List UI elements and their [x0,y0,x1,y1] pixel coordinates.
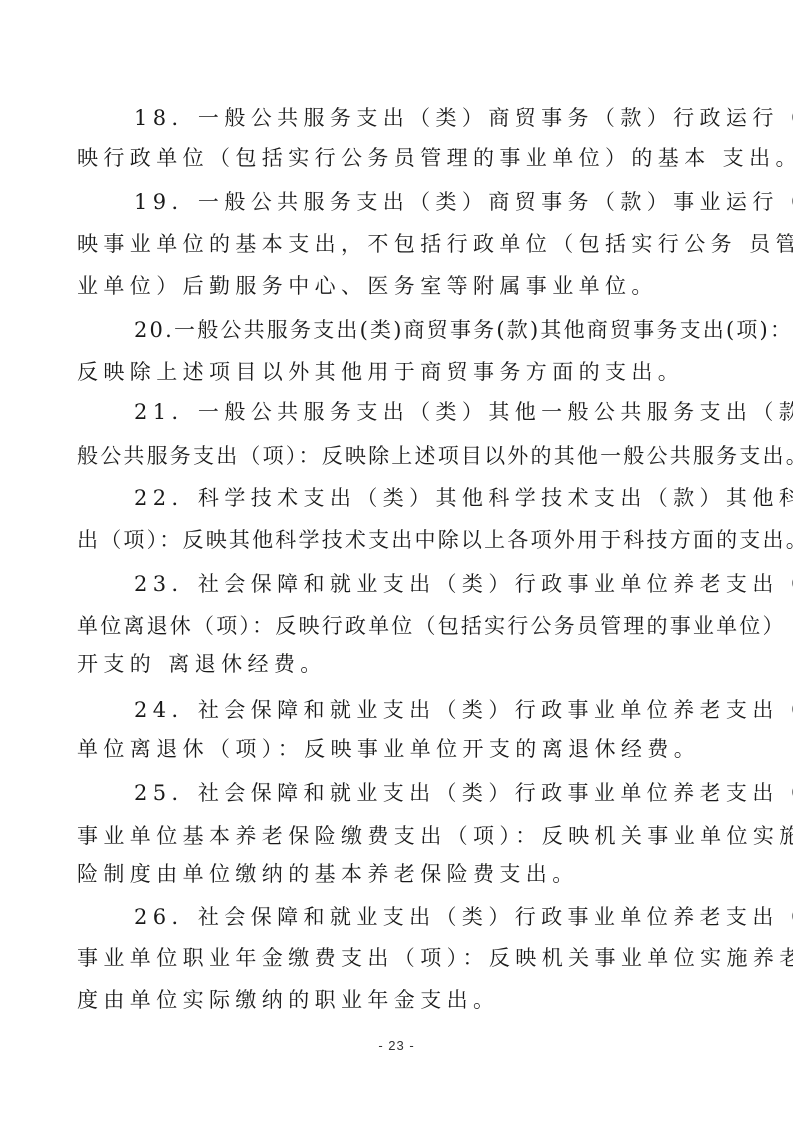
paragraph-line: 映事业单位的基本支出，不包括行政单位（包括实行公务 员管理的事 [77,230,745,258]
paragraph-line: 26．社会保障和就业支出（类）行政事业单位养老支出（款）机关 [134,903,745,931]
page-number: - 23 - [0,1038,793,1053]
paragraph-line: 20.一般公共服务支出(类)商贸事务(款)其他商贸事务支出(项)： [134,316,745,344]
paragraph-line: 事业单位职业年金缴费支出（项）：反映机关事业单位实施养老保险制 [77,944,745,972]
paragraph-line: 24．社会保障和就业支出（类）行政事业单位养老支出（款）事业 [134,696,745,724]
paragraph-line: 25．社会保障和就业支出（类）行政事业单位养老支出（款）机关 [134,779,745,807]
paragraph-line: 般公共服务支出（项）：反映除上述项目以外的其他一般公共服务支出。 [77,442,745,470]
paragraph-line: 反映除上述项目以外其他用于商贸事务方面的支出。 [77,358,745,386]
paragraph-line: 21．一般公共服务支出（类）其他一般公共服务支出（款）其他一 [134,398,745,426]
document-page: 18．一般公共服务支出（类）商贸事务（款）行政运行（项）：反 映行政单位（包括实… [0,0,793,1122]
paragraph-line: 23．社会保障和就业支出（类）行政事业单位养老支出（款）行政 [134,570,745,598]
paragraph-line: 19．一般公共服务支出（类）商贸事务（款）事业运行（项）：反 [134,188,745,216]
paragraph-line: 映行政单位（包括实行公务员管理的事业单位）的基本 支出。 [77,144,745,172]
paragraph-line: 单位离退休（项）：反映行政单位（包括实行公务员管理的事业单位） [77,612,745,640]
paragraph-line: 22．科学技术支出（类）其他科学技术支出（款）其他科学技术支 [134,484,745,512]
paragraph-line: 度由单位实际缴纳的职业年金支出。 [77,986,745,1014]
paragraph-line: 18．一般公共服务支出（类）商贸事务（款）行政运行（项）：反 [134,104,745,132]
paragraph-line: 开支的 离退休经费。 [77,650,745,678]
paragraph-line: 险制度由单位缴纳的基本养老保险费支出。 [77,860,745,888]
paragraph-line: 事业单位基本养老保险缴费支出（项）：反映机关事业单位实施养老保 [77,822,745,850]
paragraph-line: 出（项）：反映其他科学技术支出中除以上各项外用于科技方面的支出。 [77,526,745,554]
paragraph-line: 单位离退休（项）：反映事业单位开支的离退休经费。 [77,735,745,763]
paragraph-line: 业单位）后勤服务中心、医务室等附属事业单位。 [77,272,745,300]
